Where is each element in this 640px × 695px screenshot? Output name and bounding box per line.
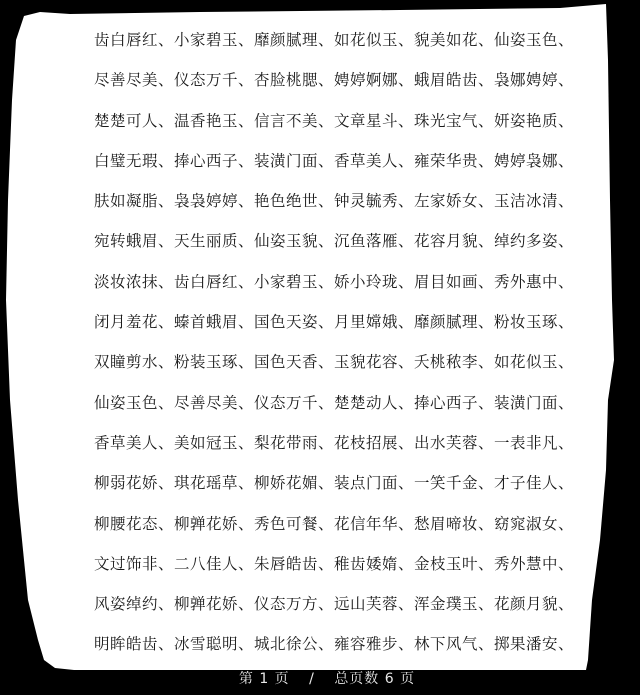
- total-pages-label: 总页数 6 页: [334, 670, 415, 688]
- text-line: 柳腰花态、柳亸花娇、秀色可餐、花信年华、愁眉啼妆、窈窕淑女、: [94, 513, 604, 553]
- text-line: 宛转蛾眉、天生丽质、仙姿玉貌、沉鱼落雁、花容月貌、绰约多姿、: [94, 230, 604, 270]
- text-line: 齿白唇红、小家碧玉、靡颜腻理、如花似玉、貌美如花、仙姿玉色、: [94, 29, 604, 69]
- text-line: 肤如凝脂、袅袅婷婷、艳色绝世、钟灵毓秀、左家娇女、玉洁冰清、: [94, 190, 604, 230]
- text-line: 明眸皓齿、冰雪聪明、城北徐公、雍容雅步、林下风气、掷果潘安、: [94, 633, 604, 673]
- text-line: 白璧无瑕、捧心西子、装潢门面、香草美人、雍荣华贵、娉婷袅娜、: [94, 150, 604, 190]
- text-line: 淡妆浓抹、齿白唇红、小家碧玉、娇小玲珑、眉目如画、秀外惠中、: [94, 271, 604, 311]
- text-line: 尽善尽美、仪态万千、杏脸桃腮、娉婷婀娜、蛾眉皓齿、袅娜娉婷、: [94, 69, 604, 109]
- text-line: 风姿绰约、柳亸花娇、仪态万方、远山芙蓉、浑金璞玉、花颜月貌、: [94, 593, 604, 633]
- text-line: 闭月羞花、螓首蛾眉、国色天姿、月里嫦娥、靡颜腻理、粉妆玉琢、: [94, 311, 604, 351]
- document-page: 齿白唇红、小家碧玉、靡颜腻理、如花似玉、貌美如花、仙姿玉色、 尽善尽美、仪态万千…: [0, 0, 640, 695]
- document-text-body: 齿白唇红、小家碧玉、靡颜腻理、如花似玉、貌美如花、仙姿玉色、 尽善尽美、仪态万千…: [94, 29, 604, 674]
- text-line: 香草美人、美如冠玉、梨花带雨、花枝招展、出水芙蓉、一表非凡、: [94, 432, 604, 472]
- page-footer: 第 1 页 / 总页数 6 页: [0, 670, 640, 695]
- text-line: 双瞳剪水、粉装玉琢、国色天香、玉貌花容、夭桃秾李、如花似玉、: [94, 351, 604, 391]
- text-line: 楚楚可人、温香艳玉、信言不美、文章星斗、珠光宝气、妍姿艳质、: [94, 110, 604, 150]
- text-line: 文过饰非、二八佳人、朱唇皓齿、稚齿婑媠、金枝玉叶、秀外慧中、: [94, 553, 604, 593]
- current-page-label: 第 1 页: [239, 670, 290, 688]
- page-separator: /: [309, 670, 315, 688]
- text-line: 柳弱花娇、琪花瑶草、柳娇花媚、装点门面、一笑千金、才子佳人、: [94, 472, 604, 512]
- text-line: 仙姿玉色、尽善尽美、仪态万千、楚楚动人、捧心西子、装潢门面、: [94, 392, 604, 432]
